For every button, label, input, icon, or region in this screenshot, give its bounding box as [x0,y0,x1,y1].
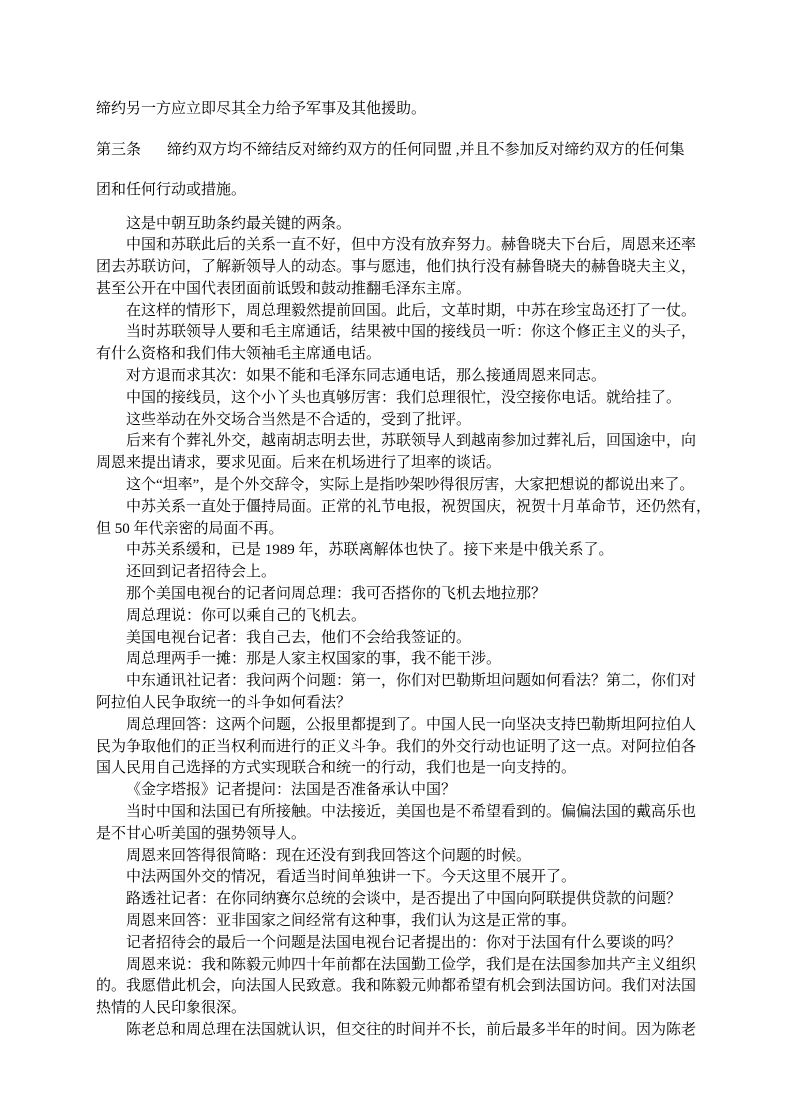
text-line: 周恩来提出请求，要求见面。后来在机场进行了坦率的谈话。 [96,453,716,475]
line-text: 中苏关系一直处于僵持局面。正常的礼节电报，祝贺国庆，祝贺十月革命节，还仍然有， [126,499,711,515]
text-line: 后来有个葬礼外交，越南胡志明去世，苏联领导人到越南参加过葬礼后，回国途中，向 [96,431,716,453]
document-content: 缔约另一方应立即尽其全力给予军事及其他援助。第三条缔约双方均不缔结反对缔约双方的… [96,89,716,1042]
line-text: 在这样的情形下，周总理毅然提前回国。此后，文革时期，中苏在珍宝岛还打了一仗。 [126,303,696,319]
line-text: 团和任何行动或措施。 [96,182,246,198]
line-text: 周总理回答：这两个问题，公报里都提到了。中国人民一向坚决支持巴勒斯坦阿拉伯人 [126,717,696,733]
line-text: 周恩来说：我和陈毅元帅四十年前都在法国勤工俭学，我们是在法国参加共产主义组织 [126,957,696,973]
text-line: 这个“坦率”，是个外交辞令，实际上是指吵架吵得很厉害，大家把想说的都说出来了。 [96,475,716,497]
line-text: 周总理两手一摊：那是人家主权国家的事，我不能干涉。 [126,651,501,667]
line-text: 记者招待会的最后一个问题是法国电视台记者提出的：你对于法国有什么要谈的吗？ [126,935,681,951]
text-line: 对方退而求其次：如果不能和毛泽东同志通电话，那么接通周恩来同志。 [96,366,716,388]
text-line: 热情的人民印象很深。 [96,998,716,1020]
line-text: 当时中国和法国已有所接触。中法接近，美国也是不希望看到的。偏偏法国的戴高乐也 [126,804,696,820]
text-line: 这是中朝互助条约最关键的两条。 [96,214,716,236]
line-text: 有什么资格和我们伟大领袖毛主席通电话。 [96,346,381,362]
text-line: 陈老总和周总理在法国就认识，但交往的时间并不长，前后最多半年的时间。因为陈老 [96,1020,716,1042]
text-line: 周总理两手一摊：那是人家主权国家的事，我不能干涉。 [96,649,716,671]
line-text: 这是中朝互助条约最关键的两条。 [126,216,351,232]
line-text: 对方退而求其次：如果不能和毛泽东同志通电话，那么接通周恩来同志。 [126,368,606,384]
text-line: 的。我愿借此机会，向法国人民致意。我和陈毅元帅都希望有机会到法国访问。我们对法国 [96,976,716,998]
text-line: 有什么资格和我们伟大领袖毛主席通电话。 [96,344,716,366]
line-text: 后来有个葬礼外交，越南胡志明去世，苏联领导人到越南参加过葬礼后，回国途中，向 [126,433,696,449]
line-text: 国人民用自己选择的方式实现联合和统一的行动，我们也是一向支持的。 [96,760,576,776]
document-page: 缔约另一方应立即尽其全力给予军事及其他援助。第三条缔约双方均不缔结反对缔约双方的… [0,0,800,1100]
text-line: 那个美国电视台的记者问周总理：我可否搭你的飞机去地拉那？ [96,584,716,606]
text-line: 这些举动在外交场合当然是不合适的，受到了批评。 [96,410,716,432]
line-text: 中国和苏联此后的关系一直不好，但中方没有放弃努力。赫鲁晓夫下台后，周恩来还率 [126,237,696,253]
text-line: 甚至公开在中国代表团面前诋毁和鼓动推翻毛泽东主席。 [96,279,716,301]
line-text: 热情的人民印象很深。 [96,1000,246,1016]
line-text: 路透社记者：在你同纳赛尔总统的会谈中，是否提出了中国向阿联提供贷款的问题？ [126,891,681,907]
text-line: 中法两国外交的情况，看适当时间单独讲一下。今天这里不展开了。 [96,867,716,889]
text-line: 中国的接线员，这个小丫头也真够厉害：我们总理很忙，没空接你电话。就给挂了。 [96,388,716,410]
line-text: 周恩来回答：亚非国家之间经常有这种事，我们认为这是正常的事。 [126,913,576,929]
body-text-section: 这是中朝互助条约最关键的两条。中国和苏联此后的关系一直不好，但中方没有放弃努力。… [96,214,716,1042]
line-text: 阿拉伯人民争取统一的斗争如何看法？ [96,695,351,711]
text-line: 中东通讯社记者：我问两个问题：第一，你们对巴勒斯坦问题如何看法？第二，你们对 [96,671,716,693]
text-line: 周恩来回答得很简略：现在还没有到我回答这个问题的时候。 [96,846,716,868]
line-text: 周恩来提出请求，要求见面。后来在机场进行了坦率的谈话。 [96,455,501,471]
line-text: 缔约另一方应立即尽其全力给予军事及其他援助。 [96,101,426,117]
line-text: 还回到记者招待会上。 [126,564,276,580]
text-line: 缔约另一方应立即尽其全力给予军事及其他援助。 [96,89,716,130]
line-text: 《金字塔报》记者提问：法国是否准备承认中国？ [126,782,456,798]
text-line: 《金字塔报》记者提问：法国是否准备承认中国？ [96,780,716,802]
text-line: 中苏关系一直处于僵持局面。正常的礼节电报，祝贺国庆，祝贺十月革命节，还仍然有， [96,497,716,519]
line-text: 缔约双方均不缔结反对缔约双方的任何同盟 ,并且不参加反对缔约双方的任何集 [167,142,685,158]
text-line: 周总理说：你可以乘自己的飞机去。 [96,606,716,628]
text-line: 当时中国和法国已有所接触。中法接近，美国也是不希望看到的。偏偏法国的戴高乐也 [96,802,716,824]
text-line: 阿拉伯人民争取统一的斗争如何看法？ [96,693,716,715]
article-number-label: 第三条 [96,130,141,171]
line-text: 的。我愿借此机会，向法国人民致意。我和陈毅元帅都希望有机会到法国访问。我们对法国 [96,978,696,994]
line-text: 中国的接线员，这个小丫头也真够厉害：我们总理很忙，没空接你电话。就给挂了。 [126,390,681,406]
text-line: 在这样的情形下，周总理毅然提前回国。此后，文革时期，中苏在珍宝岛还打了一仗。 [96,301,716,323]
line-text: 团去苏联访问，了解新领导人的动态。事与愿违，他们执行没有赫鲁晓夫的赫鲁晓夫主义， [96,259,696,275]
text-line: 当时苏联领导人要和毛主席通话，结果被中国的接线员一听：你这个修正主义的头子， [96,322,716,344]
text-line: 记者招待会的最后一个问题是法国电视台记者提出的：你对于法国有什么要谈的吗？ [96,933,716,955]
line-text: 这些举动在外交场合当然是不合适的，受到了批评。 [126,412,471,428]
text-line: 是不甘心听美国的强势领导人。 [96,824,716,846]
text-line: 还回到记者招待会上。 [96,562,716,584]
line-text: 中东通讯社记者：我问两个问题：第一，你们对巴勒斯坦问题如何看法？第二，你们对 [126,673,696,689]
text-line: 周总理回答：这两个问题，公报里都提到了。中国人民一向坚决支持巴勒斯坦阿拉伯人 [96,715,716,737]
text-line: 周恩来回答：亚非国家之间经常有这种事，我们认为这是正常的事。 [96,911,716,933]
line-text: 那个美国电视台的记者问周总理：我可否搭你的飞机去地拉那？ [126,586,546,602]
text-line: 民为争取他们的正当权利而进行的正义斗争。我们的外交行动也证明了这一点。对阿拉伯各 [96,737,716,759]
line-text: 美国电视台记者：我自己去，他们不会给我签证的。 [126,630,471,646]
line-text: 周恩来回答得很简略：现在还没有到我回答这个问题的时候。 [126,848,531,864]
line-text: 这个“坦率”，是个外交辞令，实际上是指吵架吵得很厉害，大家把想说的都说出来了。 [126,477,694,493]
line-text: 中苏关系缓和，已是 1989 年，苏联离解体也快了。接下来是中俄关系了。 [126,542,614,558]
line-text: 是不甘心听美国的强势领导人。 [96,826,306,842]
text-line: 路透社记者：在你同纳赛尔总统的会谈中，是否提出了中国向阿联提供贷款的问题？ [96,889,716,911]
line-text: 当时苏联领导人要和毛主席通话，结果被中国的接线员一听：你这个修正主义的头子， [126,324,696,340]
text-line: 中国和苏联此后的关系一直不好，但中方没有放弃努力。赫鲁晓夫下台后，周恩来还率 [96,235,716,257]
text-line: 第三条缔约双方均不缔结反对缔约双方的任何同盟 ,并且不参加反对缔约双方的任何集 [96,130,716,171]
line-text: 中法两国外交的情况，看适当时间单独讲一下。今天这里不展开了。 [126,869,576,885]
treaty-clause-section: 缔约另一方应立即尽其全力给予军事及其他援助。第三条缔约双方均不缔结反对缔约双方的… [96,89,716,211]
line-text: 周总理说：你可以乘自己的飞机去。 [126,608,366,624]
text-line: 但 50 年代亲密的局面不再。 [96,519,716,541]
text-line: 周恩来说：我和陈毅元帅四十年前都在法国勤工俭学，我们是在法国参加共产主义组织 [96,955,716,977]
line-text: 但 50 年代亲密的局面不再。 [96,521,284,537]
line-text: 陈老总和周总理在法国就认识，但交往的时间并不长，前后最多半年的时间。因为陈老 [126,1022,696,1038]
text-line: 中苏关系缓和，已是 1989 年，苏联离解体也快了。接下来是中俄关系了。 [96,540,716,562]
text-line: 团和任何行动或措施。 [96,170,716,211]
text-line: 美国电视台记者：我自己去，他们不会给我签证的。 [96,628,716,650]
text-line: 国人民用自己选择的方式实现联合和统一的行动，我们也是一向支持的。 [96,758,716,780]
line-text: 民为争取他们的正当权利而进行的正义斗争。我们的外交行动也证明了这一点。对阿拉伯各 [96,739,696,755]
text-line: 团去苏联访问，了解新领导人的动态。事与愿违，他们执行没有赫鲁晓夫的赫鲁晓夫主义， [96,257,716,279]
line-text: 甚至公开在中国代表团面前诋毁和鼓动推翻毛泽东主席。 [96,281,471,297]
